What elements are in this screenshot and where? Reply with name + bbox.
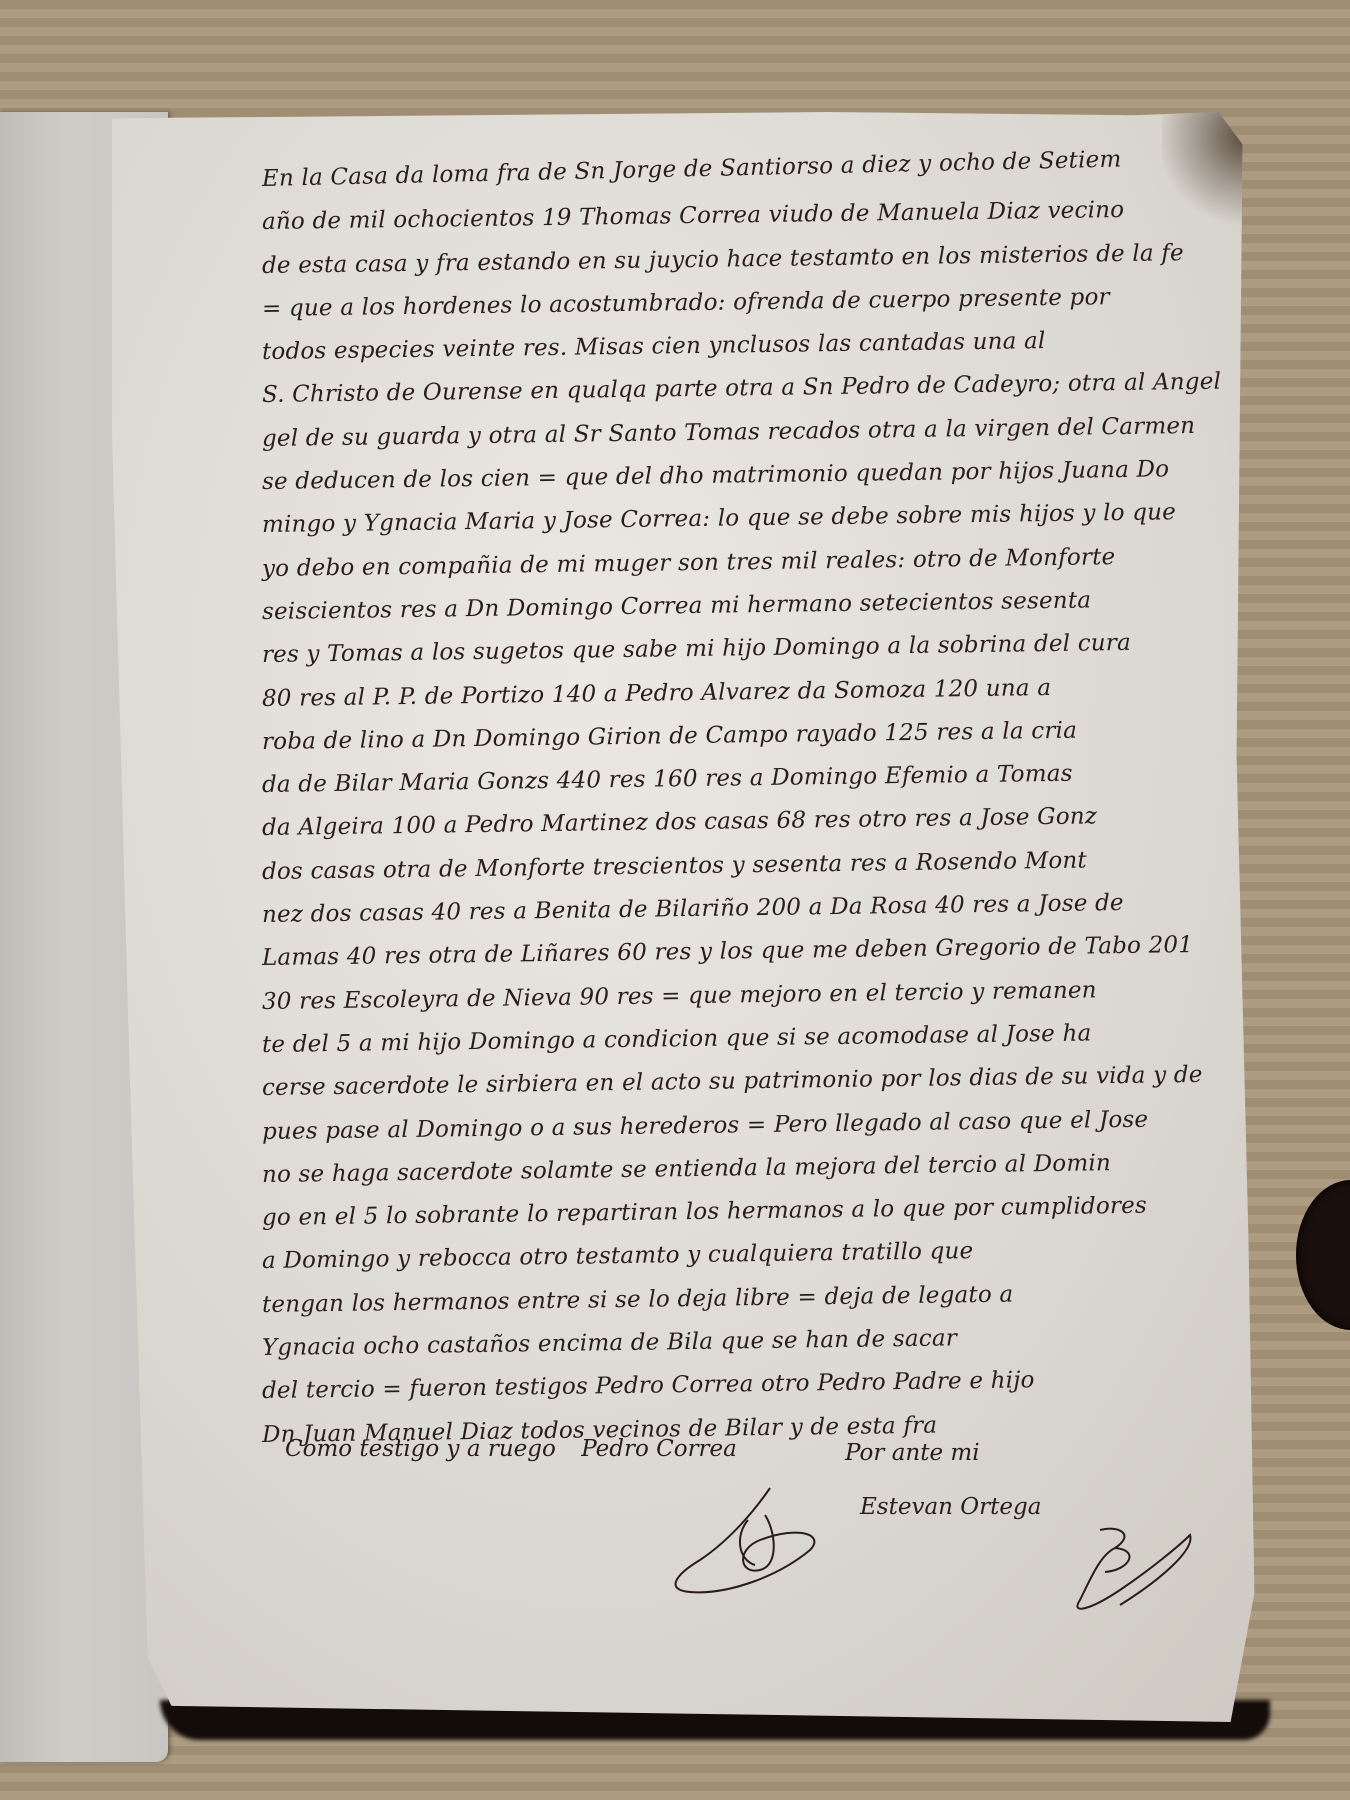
notary-line-2: Estevan Ortega bbox=[860, 1494, 1041, 1520]
notary-rubric-icon bbox=[1060, 1520, 1210, 1620]
cardboard-hole bbox=[1296, 1180, 1350, 1330]
signature-flourish-icon bbox=[660, 1480, 840, 1600]
manuscript-text: En la Casa da loma fra de Sn Jorge de Sa… bbox=[262, 158, 1262, 1457]
witness-line: Como testigo y a ruego bbox=[285, 1436, 556, 1462]
witness-name: Pedro Correa bbox=[581, 1436, 737, 1462]
signature-block: Como testigo y a ruego Pedro Correa Por … bbox=[285, 1436, 737, 1462]
notary-line-1: Por ante mi bbox=[845, 1440, 980, 1466]
